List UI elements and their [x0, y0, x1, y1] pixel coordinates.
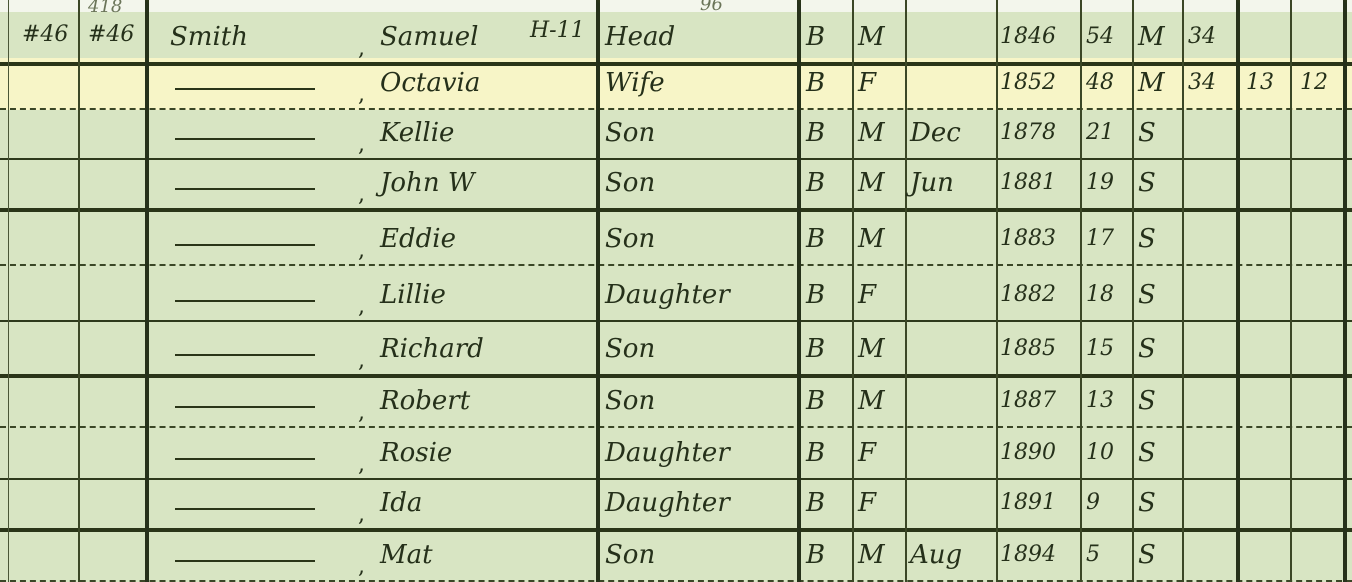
row-divider	[0, 108, 1352, 110]
sex-cell: F	[858, 282, 876, 308]
age-cell: 18	[1086, 284, 1114, 306]
age-cell: 5	[1086, 544, 1100, 566]
surname-cell: Smith	[170, 24, 248, 50]
ditto-mark	[175, 88, 315, 90]
row-divider	[0, 62, 1352, 66]
children-born-cell: 13	[1246, 72, 1274, 94]
column-divider	[145, 0, 149, 582]
column-divider	[852, 0, 854, 582]
race-cell: B	[806, 24, 825, 50]
column-divider	[1080, 0, 1082, 582]
age-cell: 19	[1086, 172, 1114, 194]
given-cell: Robert	[380, 388, 470, 414]
birth-month-cell: Dec	[910, 120, 961, 146]
birth-year-cell: 1846	[1000, 26, 1056, 48]
sex-cell: M	[858, 388, 885, 414]
birth-year-cell: 1885	[1000, 338, 1056, 360]
marital-cell: S	[1138, 170, 1156, 196]
relation-cell: Daughter	[605, 440, 730, 466]
name-separator: ,	[358, 82, 365, 107]
sex-cell: M	[858, 120, 885, 146]
sex-cell: M	[858, 336, 885, 362]
age-cell: 48	[1086, 72, 1114, 94]
name-separator: ,	[358, 238, 365, 263]
birth-year-cell: 1881	[1000, 172, 1056, 194]
name-separator: ,	[358, 502, 365, 527]
birth-year-cell: 1894	[1000, 544, 1056, 566]
race-cell: B	[806, 336, 825, 362]
birth-year-cell: 1882	[1000, 284, 1056, 306]
age-cell: 15	[1086, 338, 1114, 360]
ditto-mark	[175, 244, 315, 246]
name-separator: ,	[358, 36, 365, 61]
census-sheet: Smith,#46#46SamuelH-11HeadBM184654M34,Oc…	[0, 0, 1352, 582]
column-divider	[1290, 0, 1292, 582]
marital-cell: S	[1138, 226, 1156, 252]
given-cell: Rosie	[380, 440, 452, 466]
race-cell: B	[806, 226, 825, 252]
birth-year-cell: 1852	[1000, 72, 1056, 94]
column-divider	[905, 0, 907, 582]
given-cell: Ida	[380, 490, 422, 516]
age-cell: 54	[1086, 26, 1114, 48]
age-cell: 17	[1086, 228, 1114, 250]
column-divider	[8, 0, 9, 582]
relation-cell: Head	[605, 24, 675, 50]
name-separator: ,	[358, 294, 365, 319]
relation-cell: Son	[605, 388, 655, 414]
top-strip	[0, 0, 1352, 12]
column-divider	[1236, 0, 1240, 582]
marital-cell: S	[1138, 388, 1156, 414]
given-cell: Mat	[380, 542, 433, 568]
marital-cell: S	[1138, 120, 1156, 146]
ditto-mark	[175, 188, 315, 190]
age-cell: 13	[1086, 390, 1114, 412]
row-divider	[0, 208, 1352, 212]
row-divider	[0, 374, 1352, 378]
relation-cell: Son	[605, 226, 655, 252]
name-separator: ,	[358, 132, 365, 157]
relation-cell: Son	[605, 336, 655, 362]
relation-cell: Son	[605, 542, 655, 568]
column-divider	[1343, 0, 1347, 582]
column-divider	[596, 0, 600, 582]
sex-cell: F	[858, 490, 876, 516]
name-separator: ,	[358, 348, 365, 373]
age-cell: 9	[1086, 492, 1100, 514]
relation-cell: Son	[605, 120, 655, 146]
column-divider	[797, 0, 801, 582]
dwelling-cell: #46	[22, 24, 68, 46]
sex-cell: F	[858, 440, 876, 466]
marital-cell: S	[1138, 282, 1156, 308]
ditto-mark	[175, 300, 315, 302]
row-divider	[0, 478, 1352, 480]
column-divider	[1132, 0, 1134, 582]
birth-year-cell: 1891	[1000, 492, 1056, 514]
race-cell: B	[806, 70, 825, 96]
sex-cell: M	[858, 542, 885, 568]
marital-cell: M	[1138, 24, 1165, 50]
birth-year-cell: 1878	[1000, 122, 1056, 144]
relation-cell: Daughter	[605, 282, 730, 308]
sex-cell: M	[858, 226, 885, 252]
given-cell: Richard	[380, 336, 484, 362]
row-divider	[0, 264, 1352, 266]
column-divider	[78, 0, 80, 582]
given-cell: Kellie	[380, 120, 454, 146]
race-cell: B	[806, 120, 825, 146]
name-separator: ,	[358, 452, 365, 477]
birth-year-cell: 1890	[1000, 442, 1056, 464]
dwelling-top-fragment: 418	[88, 0, 122, 16]
race-cell: B	[806, 282, 825, 308]
race-cell: B	[806, 170, 825, 196]
ditto-mark	[175, 354, 315, 356]
ditto-mark	[175, 508, 315, 510]
years-married-cell: 34	[1188, 72, 1216, 94]
given-cell: Samuel	[380, 24, 478, 50]
relation-cell: Daughter	[605, 490, 730, 516]
column-divider	[1182, 0, 1184, 582]
birth-month-cell: Aug	[910, 542, 962, 568]
marital-cell: S	[1138, 490, 1156, 516]
marital-cell: M	[1138, 70, 1165, 96]
sex-cell: M	[858, 24, 885, 50]
marital-cell: S	[1138, 542, 1156, 568]
row-divider	[0, 426, 1352, 428]
age-cell: 21	[1086, 122, 1114, 144]
name-separator: ,	[358, 182, 365, 207]
row-divider	[0, 158, 1352, 160]
marital-cell: S	[1138, 336, 1156, 362]
age-cell: 10	[1086, 442, 1114, 464]
ditto-mark	[175, 406, 315, 408]
name-separator: ,	[358, 400, 365, 425]
given-cell: Octavia	[380, 70, 480, 96]
row-divider	[0, 320, 1352, 322]
column-divider	[996, 0, 998, 582]
given-cell: Eddie	[380, 226, 456, 252]
birth-month-cell: Jun	[910, 170, 954, 196]
sex-cell: M	[858, 170, 885, 196]
birth-year-cell: 1887	[1000, 390, 1056, 412]
family-cell: #46	[88, 24, 134, 46]
ditto-mark	[175, 560, 315, 562]
ditto-mark	[175, 138, 315, 140]
race-cell: B	[806, 440, 825, 466]
race-cell: B	[806, 490, 825, 516]
marital-cell: S	[1138, 440, 1156, 466]
race-cell: B	[806, 388, 825, 414]
given-cell: Lillie	[380, 282, 446, 308]
annotation-top-fragment: 96	[700, 0, 723, 14]
given-cell: H-11	[530, 20, 585, 42]
ditto-mark	[175, 458, 315, 460]
given-cell: John W	[380, 170, 475, 196]
name-separator: ,	[358, 554, 365, 579]
race-cell: B	[806, 542, 825, 568]
row-divider	[0, 528, 1352, 532]
children-living-cell: 12	[1300, 72, 1328, 94]
relation-cell: Wife	[605, 70, 665, 96]
birth-year-cell: 1883	[1000, 228, 1056, 250]
years-married-cell: 34	[1188, 26, 1216, 48]
sex-cell: F	[858, 70, 876, 96]
relation-cell: Son	[605, 170, 655, 196]
